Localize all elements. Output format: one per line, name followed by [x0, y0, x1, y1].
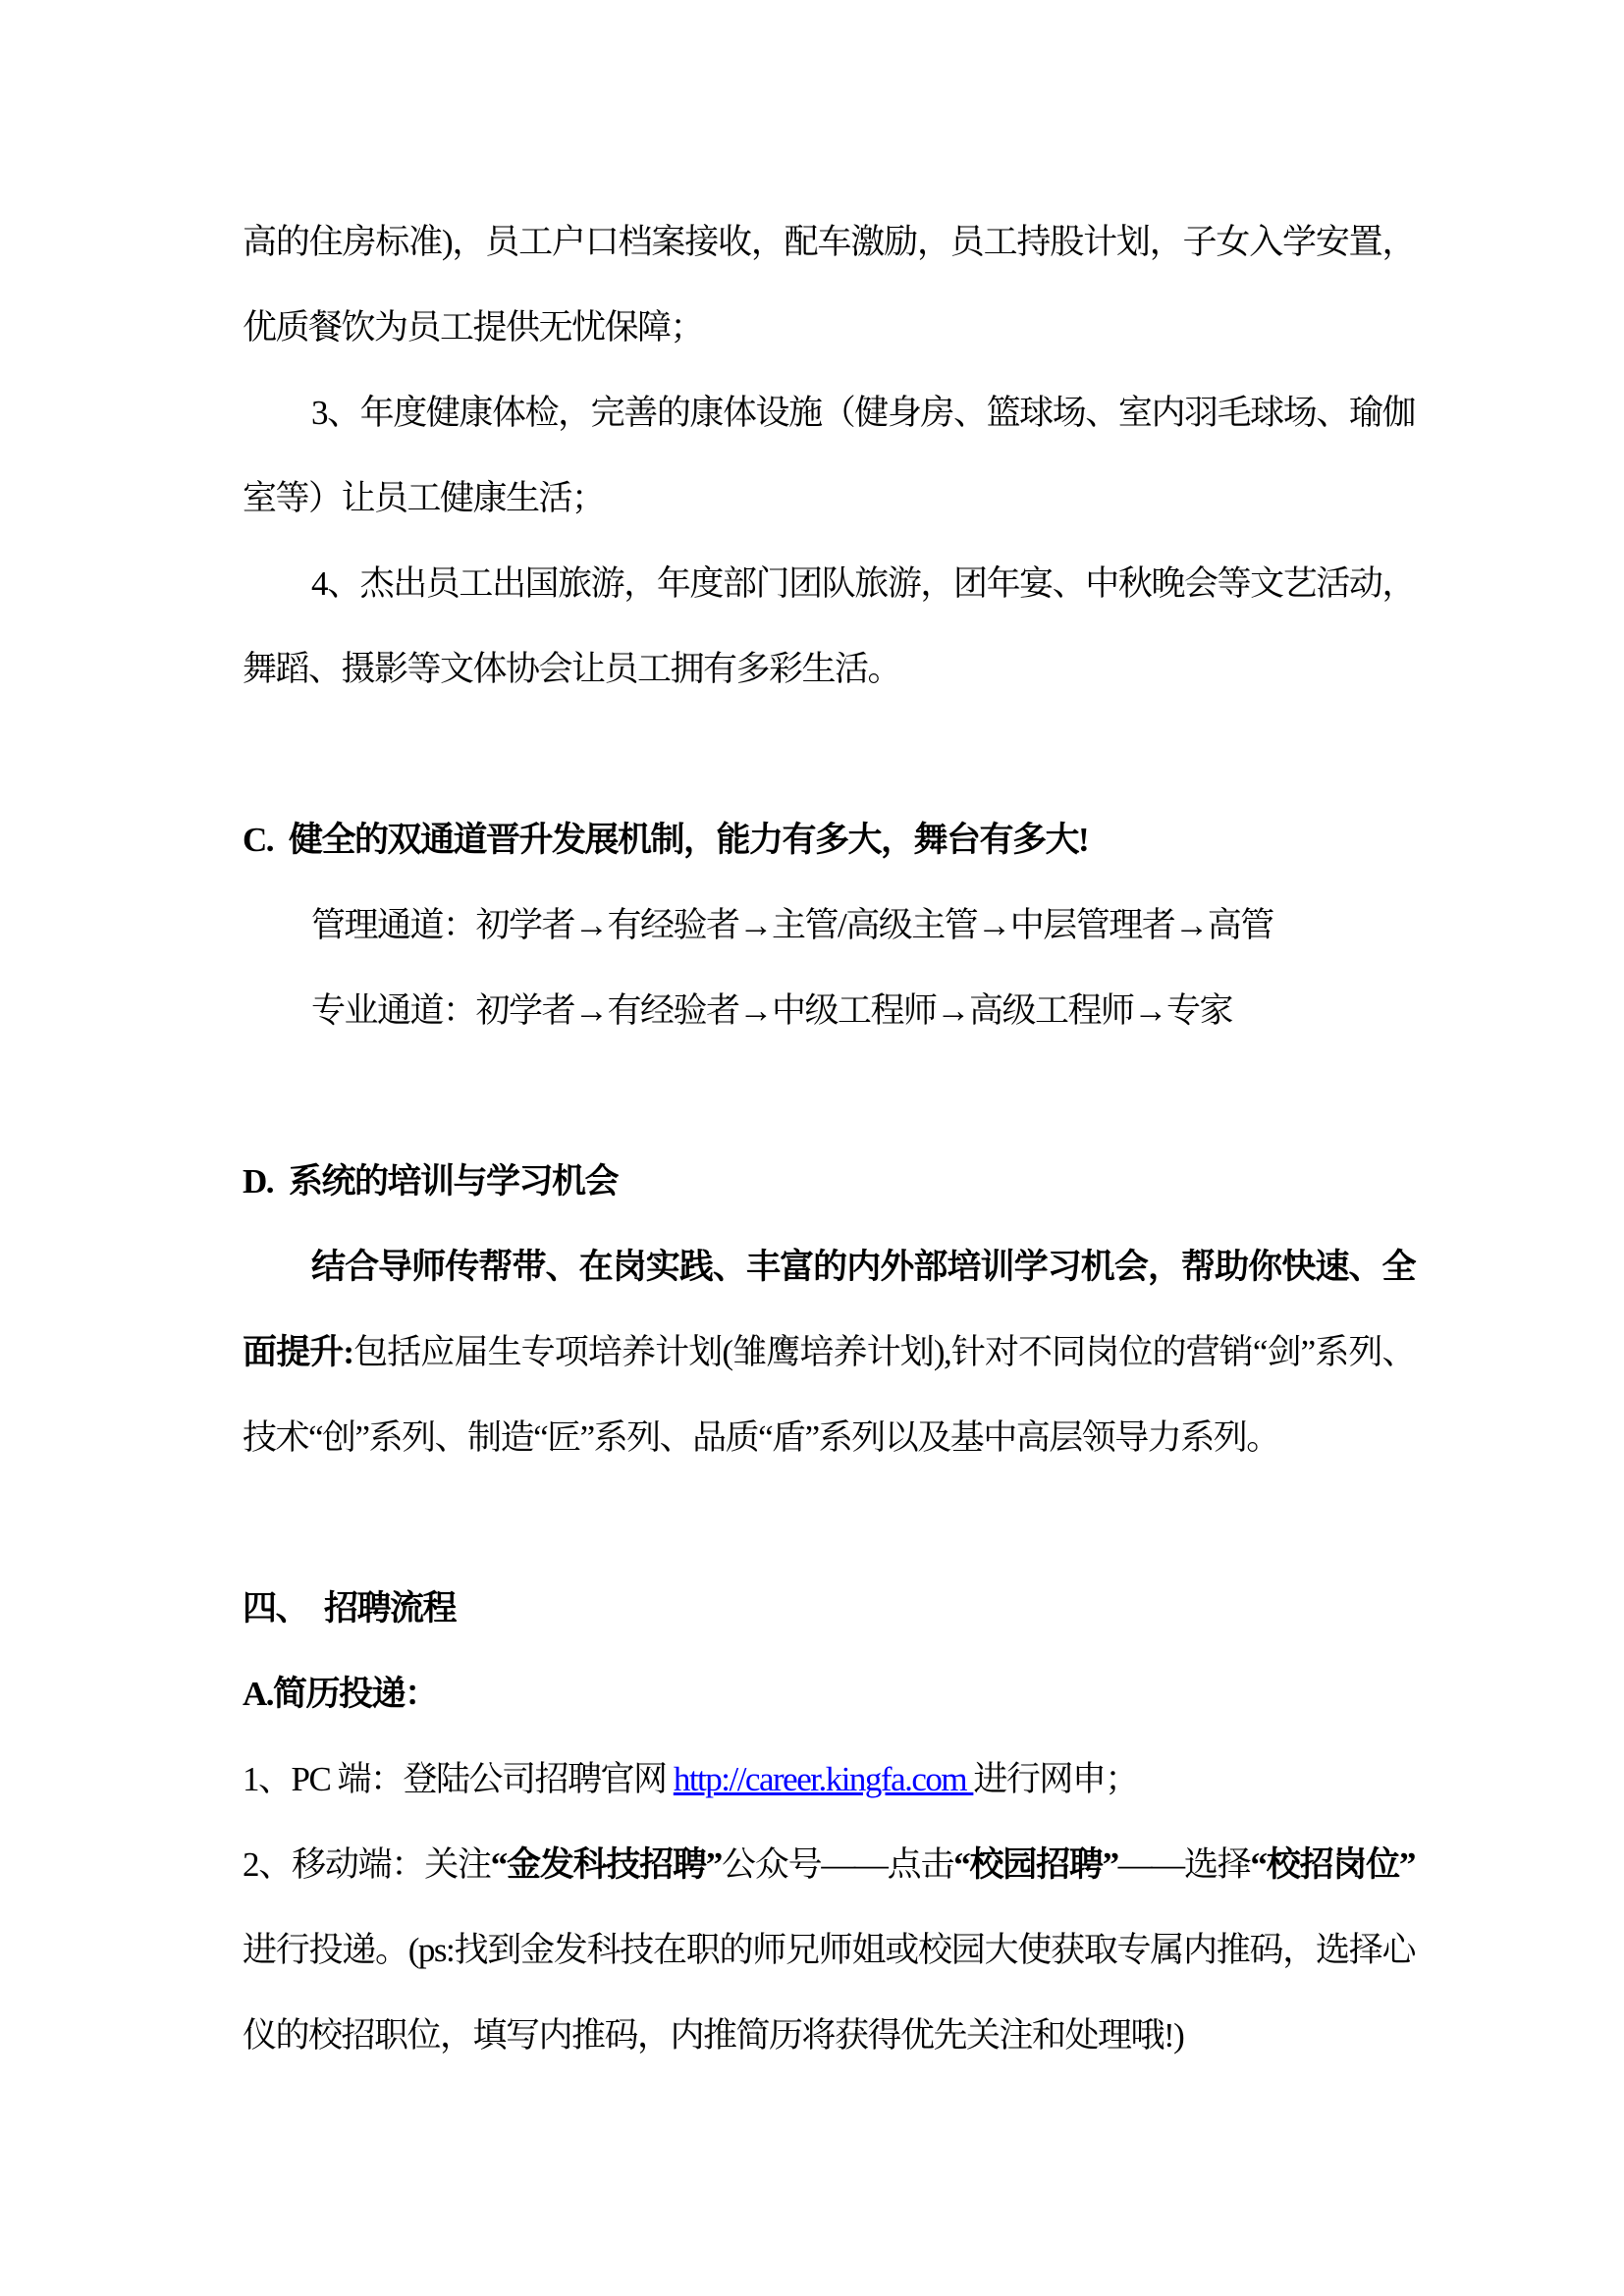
- document-content: 高的住房标准)，员工户口档案接收，配车激励，员工持股计划，子女入学安置，优质餐饮…: [243, 199, 1415, 2078]
- text-run: 1、PC 端：登陆公司招聘官网: [243, 1760, 674, 1798]
- text-run: 专业通道：初学者→有经验者→中级工程师→高级工程师→专家: [311, 991, 1232, 1030]
- management-channel-line: 管理通道：初学者→有经验者→主管/高级主管→中层管理者→高管: [243, 882, 1415, 968]
- text-run: 进行网申；: [973, 1760, 1138, 1798]
- training-paragraph: 结合导师传帮带、在岗实践、丰富的内外部培训学习机会，帮助你快速、全面提升:包括应…: [243, 1224, 1415, 1480]
- professional-channel-line: 专业通道：初学者→有经验者→中级工程师→高级工程师→专家: [243, 968, 1415, 1053]
- subsection-a-resume-heading: A.简历投递：: [243, 1651, 1415, 1736]
- benefit-item-3-health: 3、年度健康体检，完善的康体设施（健身房、篮球场、室内羽毛球场、瑜伽室等）让员工…: [243, 370, 1415, 541]
- text-run: 2、移动端：关注: [243, 1845, 491, 1884]
- apply-mobile-paragraph: 2、移动端：关注“金发科技招聘”公众号——点击“校园招聘”——选择“校招岗位”进…: [243, 1822, 1415, 2078]
- text-run: 进行投递。(ps:找到金发科技在职的师兄师姐或校园大使获取专属内推码，选择心仪的…: [243, 1931, 1415, 2055]
- bold-text-run: D. 系统的培训与学习机会: [243, 1162, 618, 1201]
- benefits-housing-paragraph-continuation: 高的住房标准)，员工户口档案接收，配车激励，员工持股计划，子女入学安置，优质餐饮…: [243, 199, 1415, 370]
- bold-text-run: “金发科技招聘”: [491, 1845, 722, 1884]
- bold-text-run: “校招岗位”: [1251, 1845, 1415, 1884]
- bold-text-run: “校园招聘”: [953, 1845, 1117, 1884]
- bold-text-run: C. 健全的双通道晋升发展机制，能力有多大，舞台有多大!: [243, 821, 1088, 859]
- benefit-item-4-activities: 4、杰出员工出国旅游，年度部门团队旅游，团年宴、中秋晚会等文艺活动，舞蹈、摄影等…: [243, 541, 1415, 712]
- blank-line: [243, 1480, 1415, 1566]
- section-d-heading: D. 系统的培训与学习机会: [243, 1139, 1415, 1224]
- bold-text-run: A.简历投递：: [243, 1675, 438, 1713]
- bold-text-run: 四、 招聘流程: [243, 1589, 456, 1628]
- text-run: 公众号——点击: [722, 1845, 953, 1884]
- blank-line: [243, 1053, 1415, 1139]
- career-site-link[interactable]: http://career.kingfa.com: [674, 1760, 974, 1798]
- text-run: ——选择: [1118, 1845, 1251, 1884]
- blank-line: [243, 712, 1415, 797]
- document-page: 高的住房标准)，员工户口档案接收，配车激励，员工持股计划，子女入学安置，优质餐饮…: [0, 0, 1624, 2296]
- apply-pc-line: 1、PC 端：登陆公司招聘官网 http://career.kingfa.com…: [243, 1736, 1415, 1822]
- section-4-recruitment-process-heading: 四、 招聘流程: [243, 1566, 1415, 1651]
- text-run: 管理通道：初学者→有经验者→主管/高级主管→中层管理者→高管: [311, 906, 1273, 944]
- text-run: 4、杰出员工出国旅游，年度部门团队旅游，团年宴、中秋晚会等文艺活动，舞蹈、摄影等…: [243, 564, 1415, 688]
- text-run: 3、年度健康体检，完善的康体设施（健身房、篮球场、室内羽毛球场、瑜伽室等）让员工…: [243, 394, 1415, 517]
- text-run: 高的住房标准)，员工户口档案接收，配车激励，员工持股计划，子女入学安置，优质餐饮…: [243, 223, 1415, 347]
- section-c-heading: C. 健全的双通道晋升发展机制，能力有多大，舞台有多大!: [243, 797, 1415, 882]
- text-run: 包括应届生专项培养计划(雏鹰培养计划),针对不同岗位的营销“剑”系列、技术“创”…: [243, 1333, 1415, 1457]
